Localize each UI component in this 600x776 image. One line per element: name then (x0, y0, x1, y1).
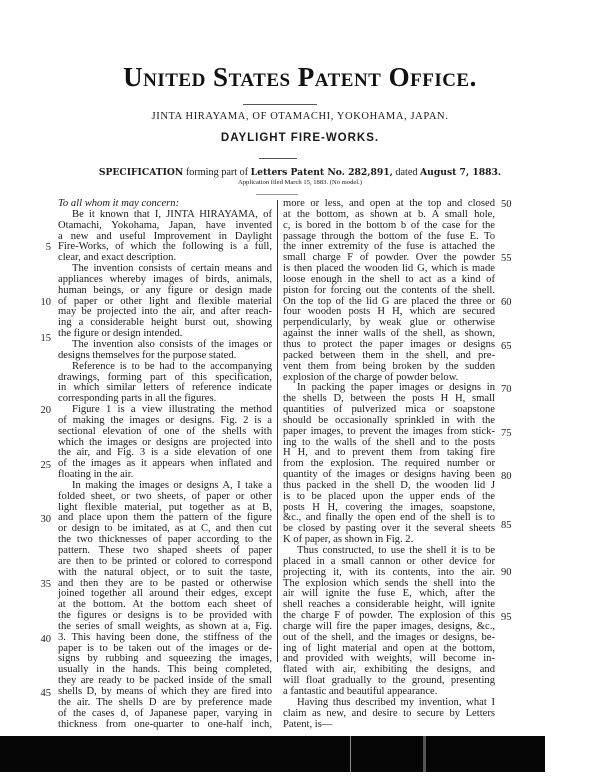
scan-border-bar (0, 736, 545, 772)
line-number: 95 (501, 612, 512, 623)
line-number: 70 (501, 384, 512, 395)
spec-label: SPECIFICATION (99, 167, 183, 178)
text-line: of the cases d, of Japanese paper, varyi… (58, 709, 272, 720)
text-line: vent them from being broken by the sudde… (283, 362, 495, 373)
text-line: Otamachi, Yokohama, Japan, have invented (58, 221, 272, 232)
line-number: 75 (501, 428, 512, 439)
application-filed: Application filed March 15, 1883. (No mo… (0, 179, 600, 186)
right-column: more or less, and open at the top and cl… (283, 199, 495, 730)
specification-line: SPECIFICATION forming part of Letters Pa… (0, 167, 600, 178)
text-line: with the natural object, or to suit the … (58, 568, 272, 579)
spec-text-1: forming part of (186, 167, 248, 178)
subject-rule (259, 158, 297, 159)
text-line: folded sheet, or two sheets, of paper or… (58, 492, 272, 503)
line-number: 55 (501, 253, 512, 264)
line-number: 5 (31, 242, 51, 253)
text-line: piston for forcing out the contents of t… (283, 286, 495, 297)
line-number: 35 (31, 579, 51, 590)
scan-bar-streak (350, 736, 351, 772)
line-number: 25 (31, 460, 51, 471)
line-number: 15 (31, 333, 51, 344)
left-column: To all whom it may concern: Be it known … (58, 199, 272, 730)
line-number: 40 (31, 634, 51, 645)
title-rule (243, 104, 317, 105)
line-number: 30 (31, 514, 51, 525)
text-line: projecting it, with its contents, into t… (283, 568, 495, 579)
spec-text-2: dated (395, 167, 417, 178)
text-line: c, is bored in the bottom b of the case … (283, 221, 495, 232)
text-line: Patent, is— (283, 720, 495, 731)
text-line: Reference is to be had to the accompanyi… (58, 362, 272, 373)
patent-subject: DAYLIGHT FIRE-WORKS. (0, 132, 600, 144)
line-number: 20 (31, 405, 51, 416)
line-number: 80 (501, 471, 512, 482)
scan-bar-streak (423, 736, 426, 772)
text-line: paper images, to prevent the images from… (283, 427, 495, 438)
inventor-line: JINTA HIRAYAMA, OF OTAMACHI, YOKOHAMA, J… (0, 111, 600, 122)
line-number: 90 (501, 567, 512, 578)
text-line: out of the shell, and the images or desi… (283, 633, 495, 644)
text-line: is to be placed upon the upper ends of t… (283, 492, 495, 503)
line-number: 85 (501, 520, 512, 531)
column-divider (277, 200, 278, 662)
spec-date: August 7, 1883. (420, 167, 501, 178)
line-number: 65 (501, 341, 512, 352)
text-line: 3. This having been done, the stiffness … (58, 633, 272, 644)
spec-rule (256, 194, 298, 195)
line-number: 10 (31, 297, 51, 308)
text-line: human beings, or any figure or design ma… (58, 286, 272, 297)
line-number: 45 (31, 688, 51, 699)
spec-patent-number: Letters Patent No. 282,891, (251, 167, 393, 178)
text-line: sectional elevation of one of the shells… (58, 427, 272, 438)
text-line: claim as new, and desire to secure by Le… (283, 709, 495, 720)
office-title: United States Patent Office. (0, 62, 600, 93)
text-line: thickness from one-quarter to one-half i… (58, 720, 272, 731)
line-number: 60 (501, 297, 512, 308)
line-number: 50 (501, 199, 512, 210)
